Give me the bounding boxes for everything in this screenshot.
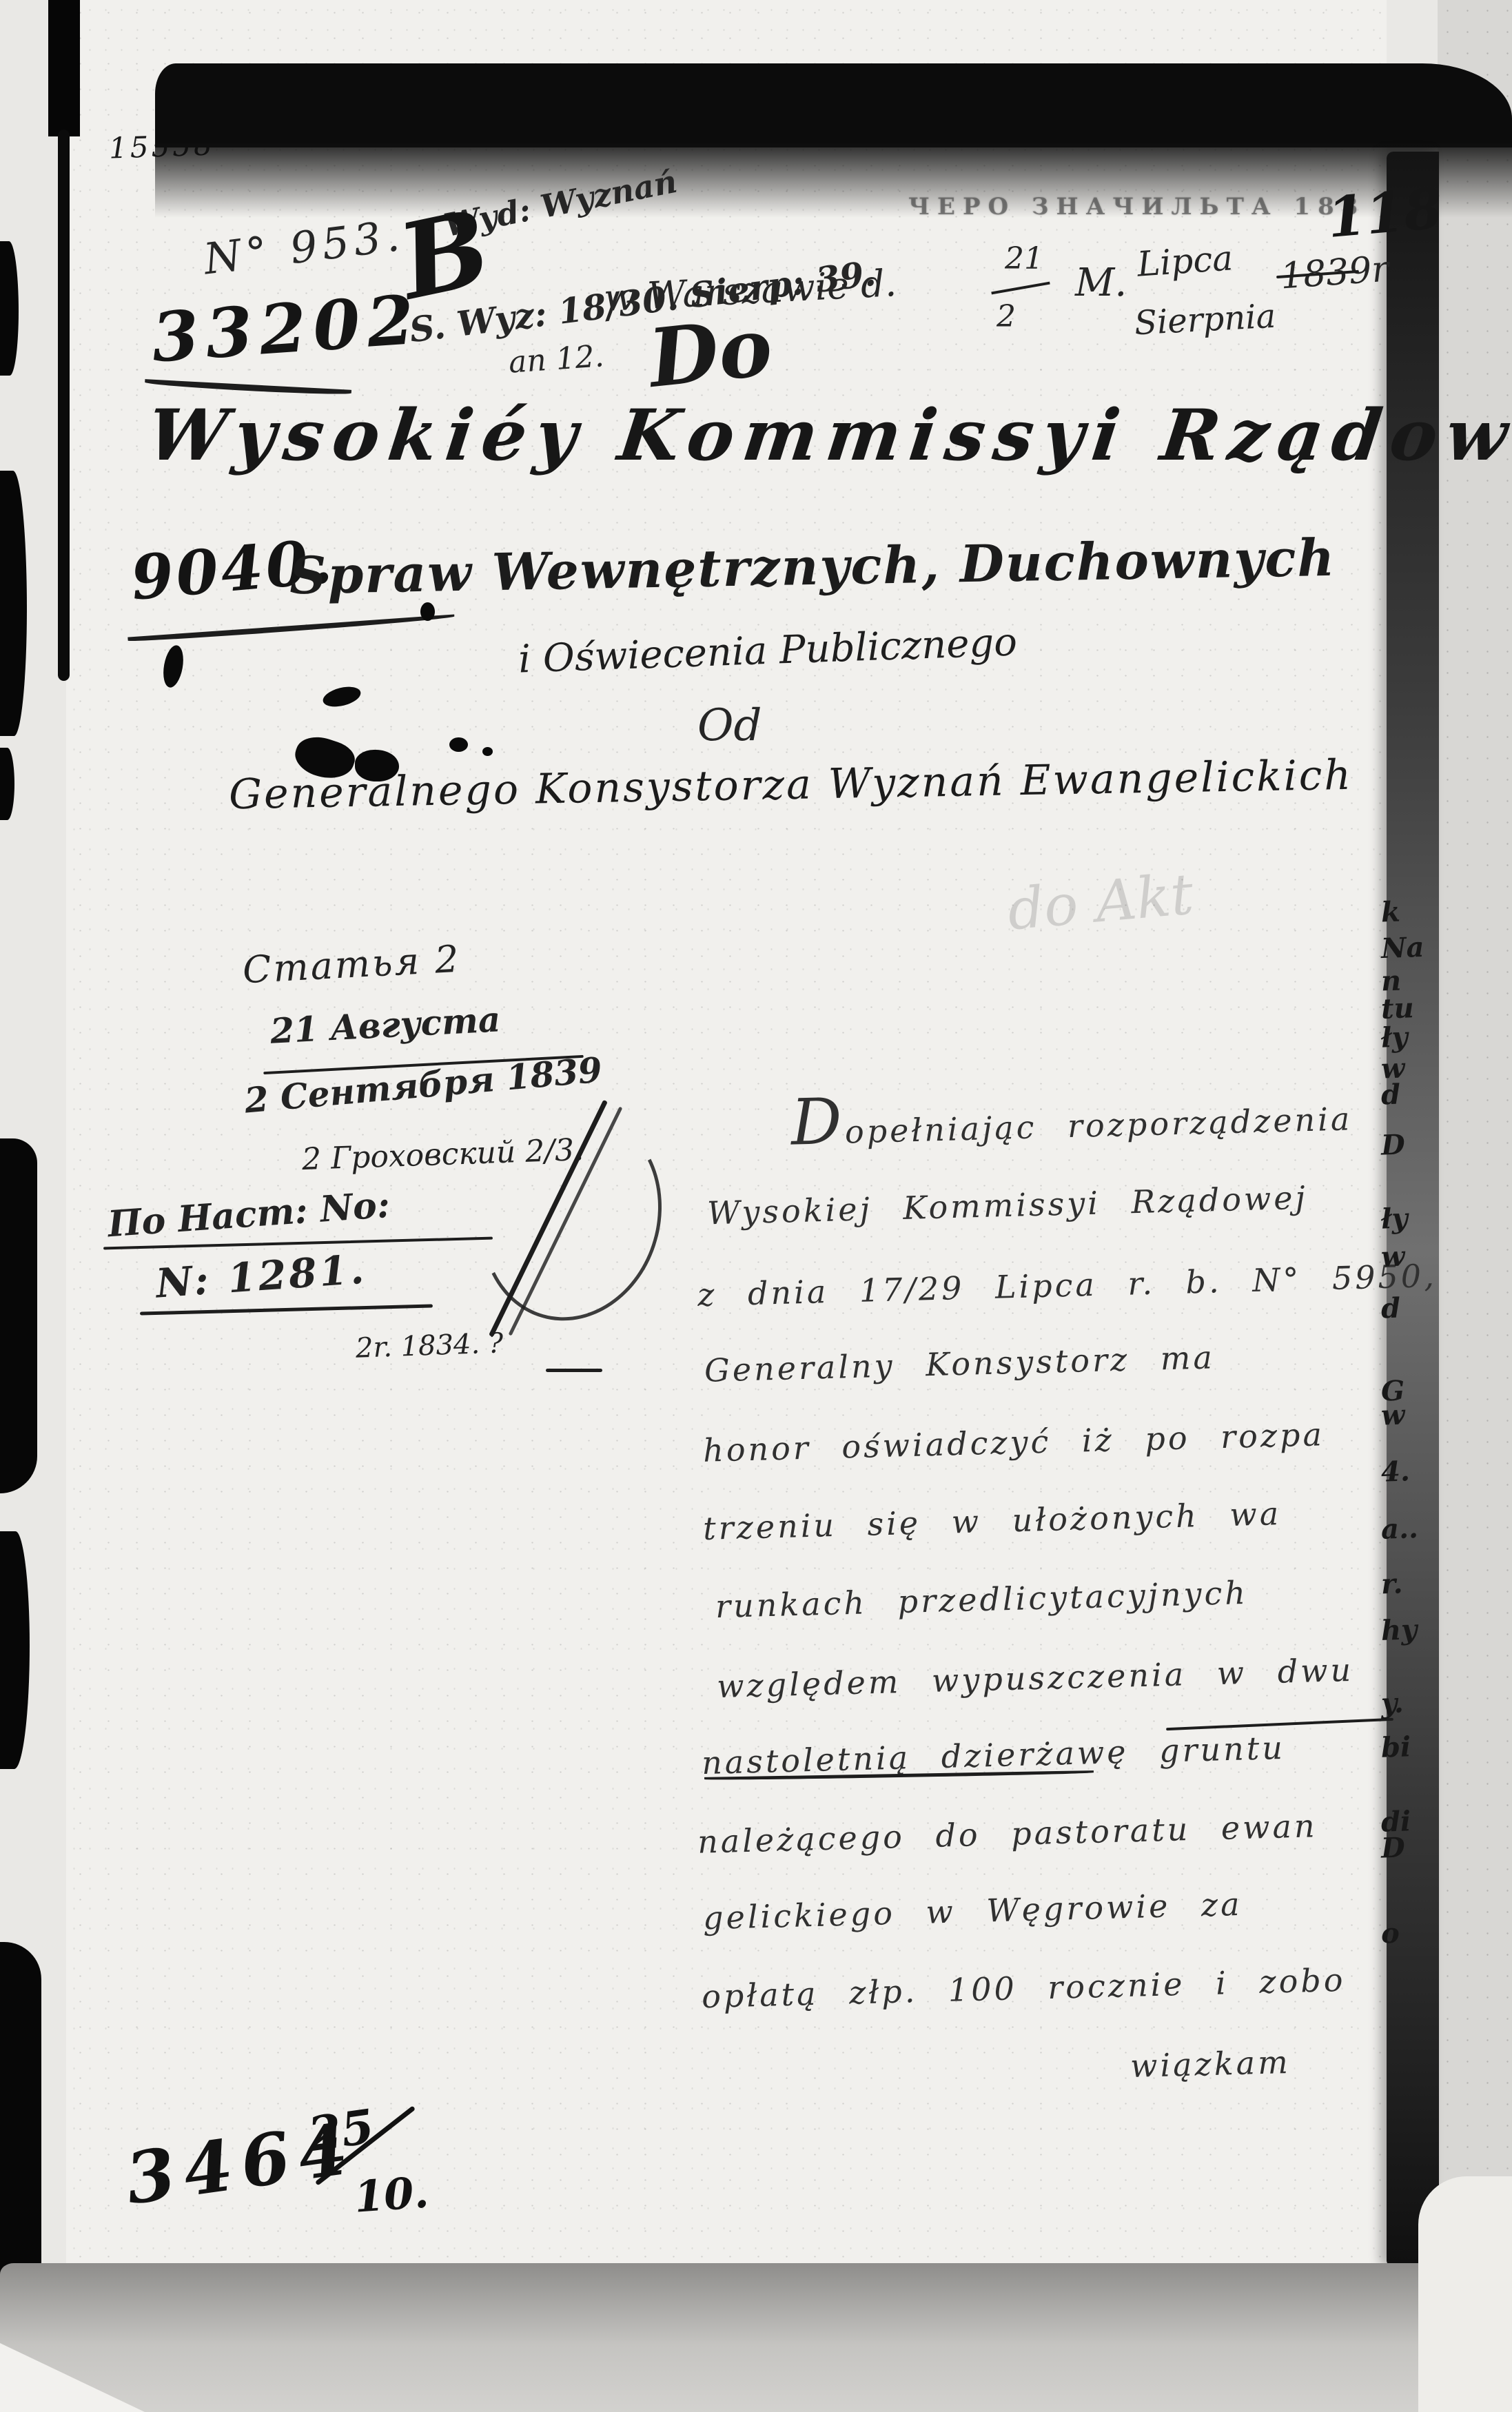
dateline-month-label: M. xyxy=(1075,260,1127,305)
binding-shadow-top xyxy=(48,0,80,136)
bottom-date-fraction: 25 10. xyxy=(309,2103,453,2241)
scanned-document-page: 15558 ЧЕРО ЗНАЧИЛЬТА 183 118 1839r N° 95… xyxy=(0,0,1512,2412)
edge-fragment-22: o xyxy=(1380,1917,1400,1950)
heading-from: Od xyxy=(697,700,762,751)
binding-blob xyxy=(0,1531,30,1769)
edge-fragment-21: D xyxy=(1380,1831,1405,1864)
body-line-13: wiązkam xyxy=(1130,2043,1291,2085)
dateline-month-old: Lipca xyxy=(1136,238,1234,285)
fraction-numerator: 25 xyxy=(305,2099,378,2163)
an-note: an 12. xyxy=(507,338,605,380)
underlying-page-strip xyxy=(1438,0,1512,2412)
folio-page-number: 118 xyxy=(1325,176,1445,250)
binding-blob xyxy=(0,748,14,820)
edge-fragment-14: 4. xyxy=(1380,1455,1410,1488)
edge-fragment-19: bi xyxy=(1380,1730,1411,1764)
fraction-bar xyxy=(991,282,1050,295)
day-old-style: 21 xyxy=(1005,241,1043,276)
edge-fragment-16: r. xyxy=(1380,1567,1403,1600)
edge-fragment-11: d xyxy=(1380,1292,1401,1325)
ink-blot xyxy=(420,602,435,621)
edge-fragment-5: ły xyxy=(1380,1021,1408,1054)
edge-fragment-8: D xyxy=(1380,1128,1405,1161)
dateline-day-fraction: 21 2 xyxy=(995,241,1064,338)
ref-year-note: 2r. 1834. ? xyxy=(355,1327,504,1364)
edge-fragment-15: a.. xyxy=(1380,1512,1418,1546)
heading-commission: Wysokiéy Kommissyi Rządowéy xyxy=(143,394,1512,477)
edge-fragment-1: k xyxy=(1380,896,1400,929)
edge-fragment-9: ły xyxy=(1380,1202,1408,1235)
fraction-denominator: 10. xyxy=(353,2167,431,2222)
bottom-right-paper-corner xyxy=(1418,2176,1512,2412)
ink-blot xyxy=(449,737,468,752)
ink-blot xyxy=(355,750,399,781)
binding-line xyxy=(58,130,70,681)
binding-blob xyxy=(0,471,27,736)
binding-blob xyxy=(0,241,19,376)
pen-dash xyxy=(546,1369,602,1372)
edge-fragment-2: Na xyxy=(1380,931,1424,965)
day-new-style: 2 xyxy=(997,299,1016,334)
scan-dark-band-top xyxy=(155,63,1512,147)
cyrillic-stamp: ЧЕРО ЗНАЧИЛЬТА 183 xyxy=(908,193,1365,221)
edge-fragment-10: w xyxy=(1380,1240,1405,1273)
edge-fragment-13: w xyxy=(1380,1398,1405,1431)
ink-blot xyxy=(482,747,493,756)
scan-band-bottom xyxy=(0,2263,1512,2412)
binding-blob xyxy=(0,1138,37,1493)
edge-fragment-18: y. xyxy=(1380,1686,1404,1719)
edge-fragment-17: hy xyxy=(1380,1613,1418,1647)
edge-fragment-7: d xyxy=(1380,1079,1401,1112)
dateline-month-new: Sierpnia xyxy=(1134,297,1277,343)
edge-fragment-4: tu xyxy=(1380,992,1414,1025)
